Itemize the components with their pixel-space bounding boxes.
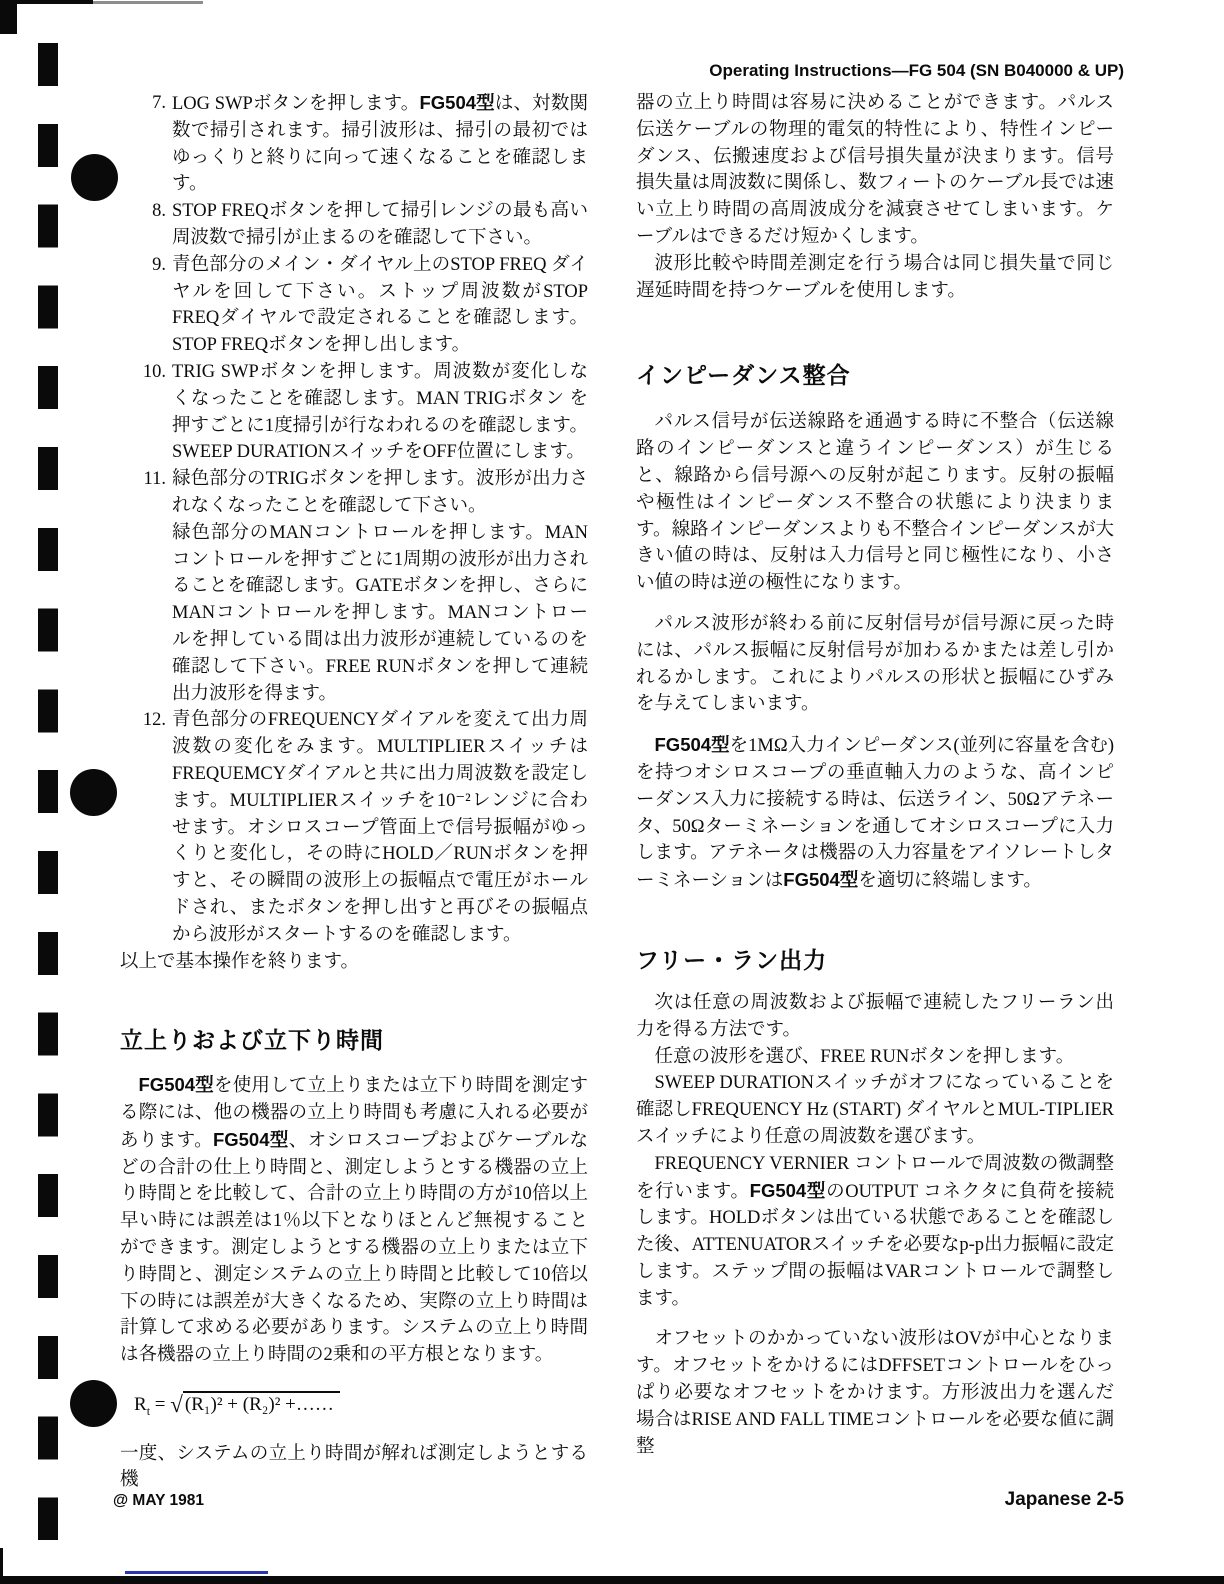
item-number: 7.	[120, 90, 166, 198]
free-run-paragraph-4: FREQUENCY VERNIER コントロールで周波数の微調整を行います。FG…	[636, 1151, 1114, 1313]
section-heading-rise-fall-time: 立上りおよび立下り時間	[120, 1027, 588, 1054]
cable-note-paragraph: 波形比較や時間差測定を行う場合は同じ損失量で同じ遅延時間を持つケーブルを使用しま…	[636, 251, 1114, 305]
rise-time-formula: Rt = √(R₁)² + (R₂)² +……	[134, 1391, 588, 1425]
free-run-paragraph-2: 任意の波形を選び、FREE RUNボタンを押します。	[636, 1044, 1114, 1071]
square-root-sign: √	[170, 1392, 183, 1417]
item-number: 12.	[120, 707, 166, 948]
bottom-bar	[0, 1576, 1224, 1584]
list-item-9: 9. 青色部分のメイン・ダイヤル上のSTOP FREQ ダイヤルを回して下さい。…	[120, 252, 588, 359]
free-run-paragraph-1: 次は任意の周波数および振幅で連続したフリーラン出力を得る方法です。	[636, 990, 1114, 1044]
item-number: 11.	[120, 466, 166, 707]
impedance-paragraph-3: FG504型を1MΩ入力インピーダンス(並列に容量を含む)を持つオシロスコープの…	[636, 732, 1114, 895]
formula-equals: =	[150, 1394, 170, 1415]
section-heading-free-run-output: フリー・ラン出力	[636, 947, 1114, 974]
list-item-12: 12. 青色部分のFREQUENCYダイアルを変えて出力周波数の変化をみます。M…	[120, 707, 588, 948]
list-item-10: 10. TRIG SWPボタンを押します。周波数が変化しなくなったことを確認しま…	[120, 359, 588, 466]
formula-variable: R	[134, 1394, 147, 1415]
free-run-paragraph-3: SWEEP DURATIONスイッチがオフになっていることを確認しFREQUEN…	[636, 1070, 1114, 1150]
item-text: 緑色部分のTRIGボタンを押します。波形が出力されなくなったことを確認して下さい…	[172, 466, 588, 707]
item-text: LOG SWPボタンを押します。FG504型は、対数関数で掃引されます。掃引波形…	[172, 90, 588, 198]
binding-hole	[70, 1380, 117, 1427]
item-number: 9.	[120, 252, 166, 359]
footer-page-number: Japanese 2-5	[1005, 1489, 1124, 1511]
item-number: 8.	[120, 198, 166, 252]
left-column: 7. LOG SWPボタンを押します。FG504型は、対数関数で掃引されます。掃…	[120, 90, 588, 1494]
list-item-7: 7. LOG SWPボタンを押します。FG504型は、対数関数で掃引されます。掃…	[120, 90, 588, 198]
free-run-paragraph-5: オフセットのかかっていない波形はOVが中心となります。オフセットをかけるにはDF…	[636, 1326, 1114, 1460]
item-text: 青色部分のFREQUENCYダイアルを変えて出力周波数の変化をみます。MULTI…	[172, 707, 588, 948]
binding-hole	[70, 769, 117, 816]
impedance-paragraph-1: パルス信号が伝送線路を通過する時に不整合（伝送線路のインピーダンスと違うインピー…	[636, 409, 1114, 597]
top-edge-line	[17, 0, 93, 4]
binding-hole	[71, 154, 118, 201]
right-column: 器の立上り時間は容易に決めることができます。パルス伝送ケーブルの物理的電気的特性…	[636, 90, 1114, 1460]
item-number: 10.	[120, 359, 166, 466]
top-edge-line-faint	[93, 1, 203, 4]
binding-strip-marks	[38, 43, 58, 1540]
continuation-paragraph: 器の立上り時間は容易に決めることができます。パルス伝送ケーブルの物理的電気的特性…	[636, 90, 1114, 251]
bottom-blue-line	[125, 1571, 268, 1574]
item-text: 青色部分のメイン・ダイヤル上のSTOP FREQ ダイヤルを回して下さい。ストッ…	[172, 252, 588, 359]
rise-fall-paragraph: FG504型を使用して立上りまたは立下り時間を測定する際には、他の機器の立上り時…	[120, 1072, 588, 1369]
impedance-paragraph-2: パルス波形が終わる前に反射信号が信号源に戻った時には、パルス振幅に反射信号が加わ…	[636, 611, 1114, 718]
rise-fall-tail-line: 一度、システムの立上り時間が解れば測定しようとする機	[120, 1441, 588, 1495]
manual-page: Operating Instructions—FG 504 (SN B04000…	[0, 0, 1224, 1584]
footer-copyright-date: @ MAY 1981	[113, 1492, 204, 1510]
section-heading-impedance-matching: インピーダンス整合	[636, 362, 1114, 389]
top-left-corner-mark	[0, 0, 17, 34]
formula-radicand: (R₁)² + (R₂)² +……	[183, 1391, 340, 1416]
list-item-11: 11. 緑色部分のTRIGボタンを押します。波形が出力されなくなったことを確認し…	[120, 466, 588, 707]
page-header-title: Operating Instructions—FG 504 (SN B04000…	[500, 61, 1124, 81]
item-text: STOP FREQボタンを押して掃引レンジの最も高い周波数で掃引が止まるのを確認…	[172, 198, 588, 252]
closing-line: 以上で基本操作を終ります。	[120, 949, 588, 976]
item-text: TRIG SWPボタンを押します。周波数が変化しなくなったことを確認します。MA…	[172, 359, 588, 466]
list-item-8: 8. STOP FREQボタンを押して掃引レンジの最も高い周波数で掃引が止まるの…	[120, 198, 588, 252]
